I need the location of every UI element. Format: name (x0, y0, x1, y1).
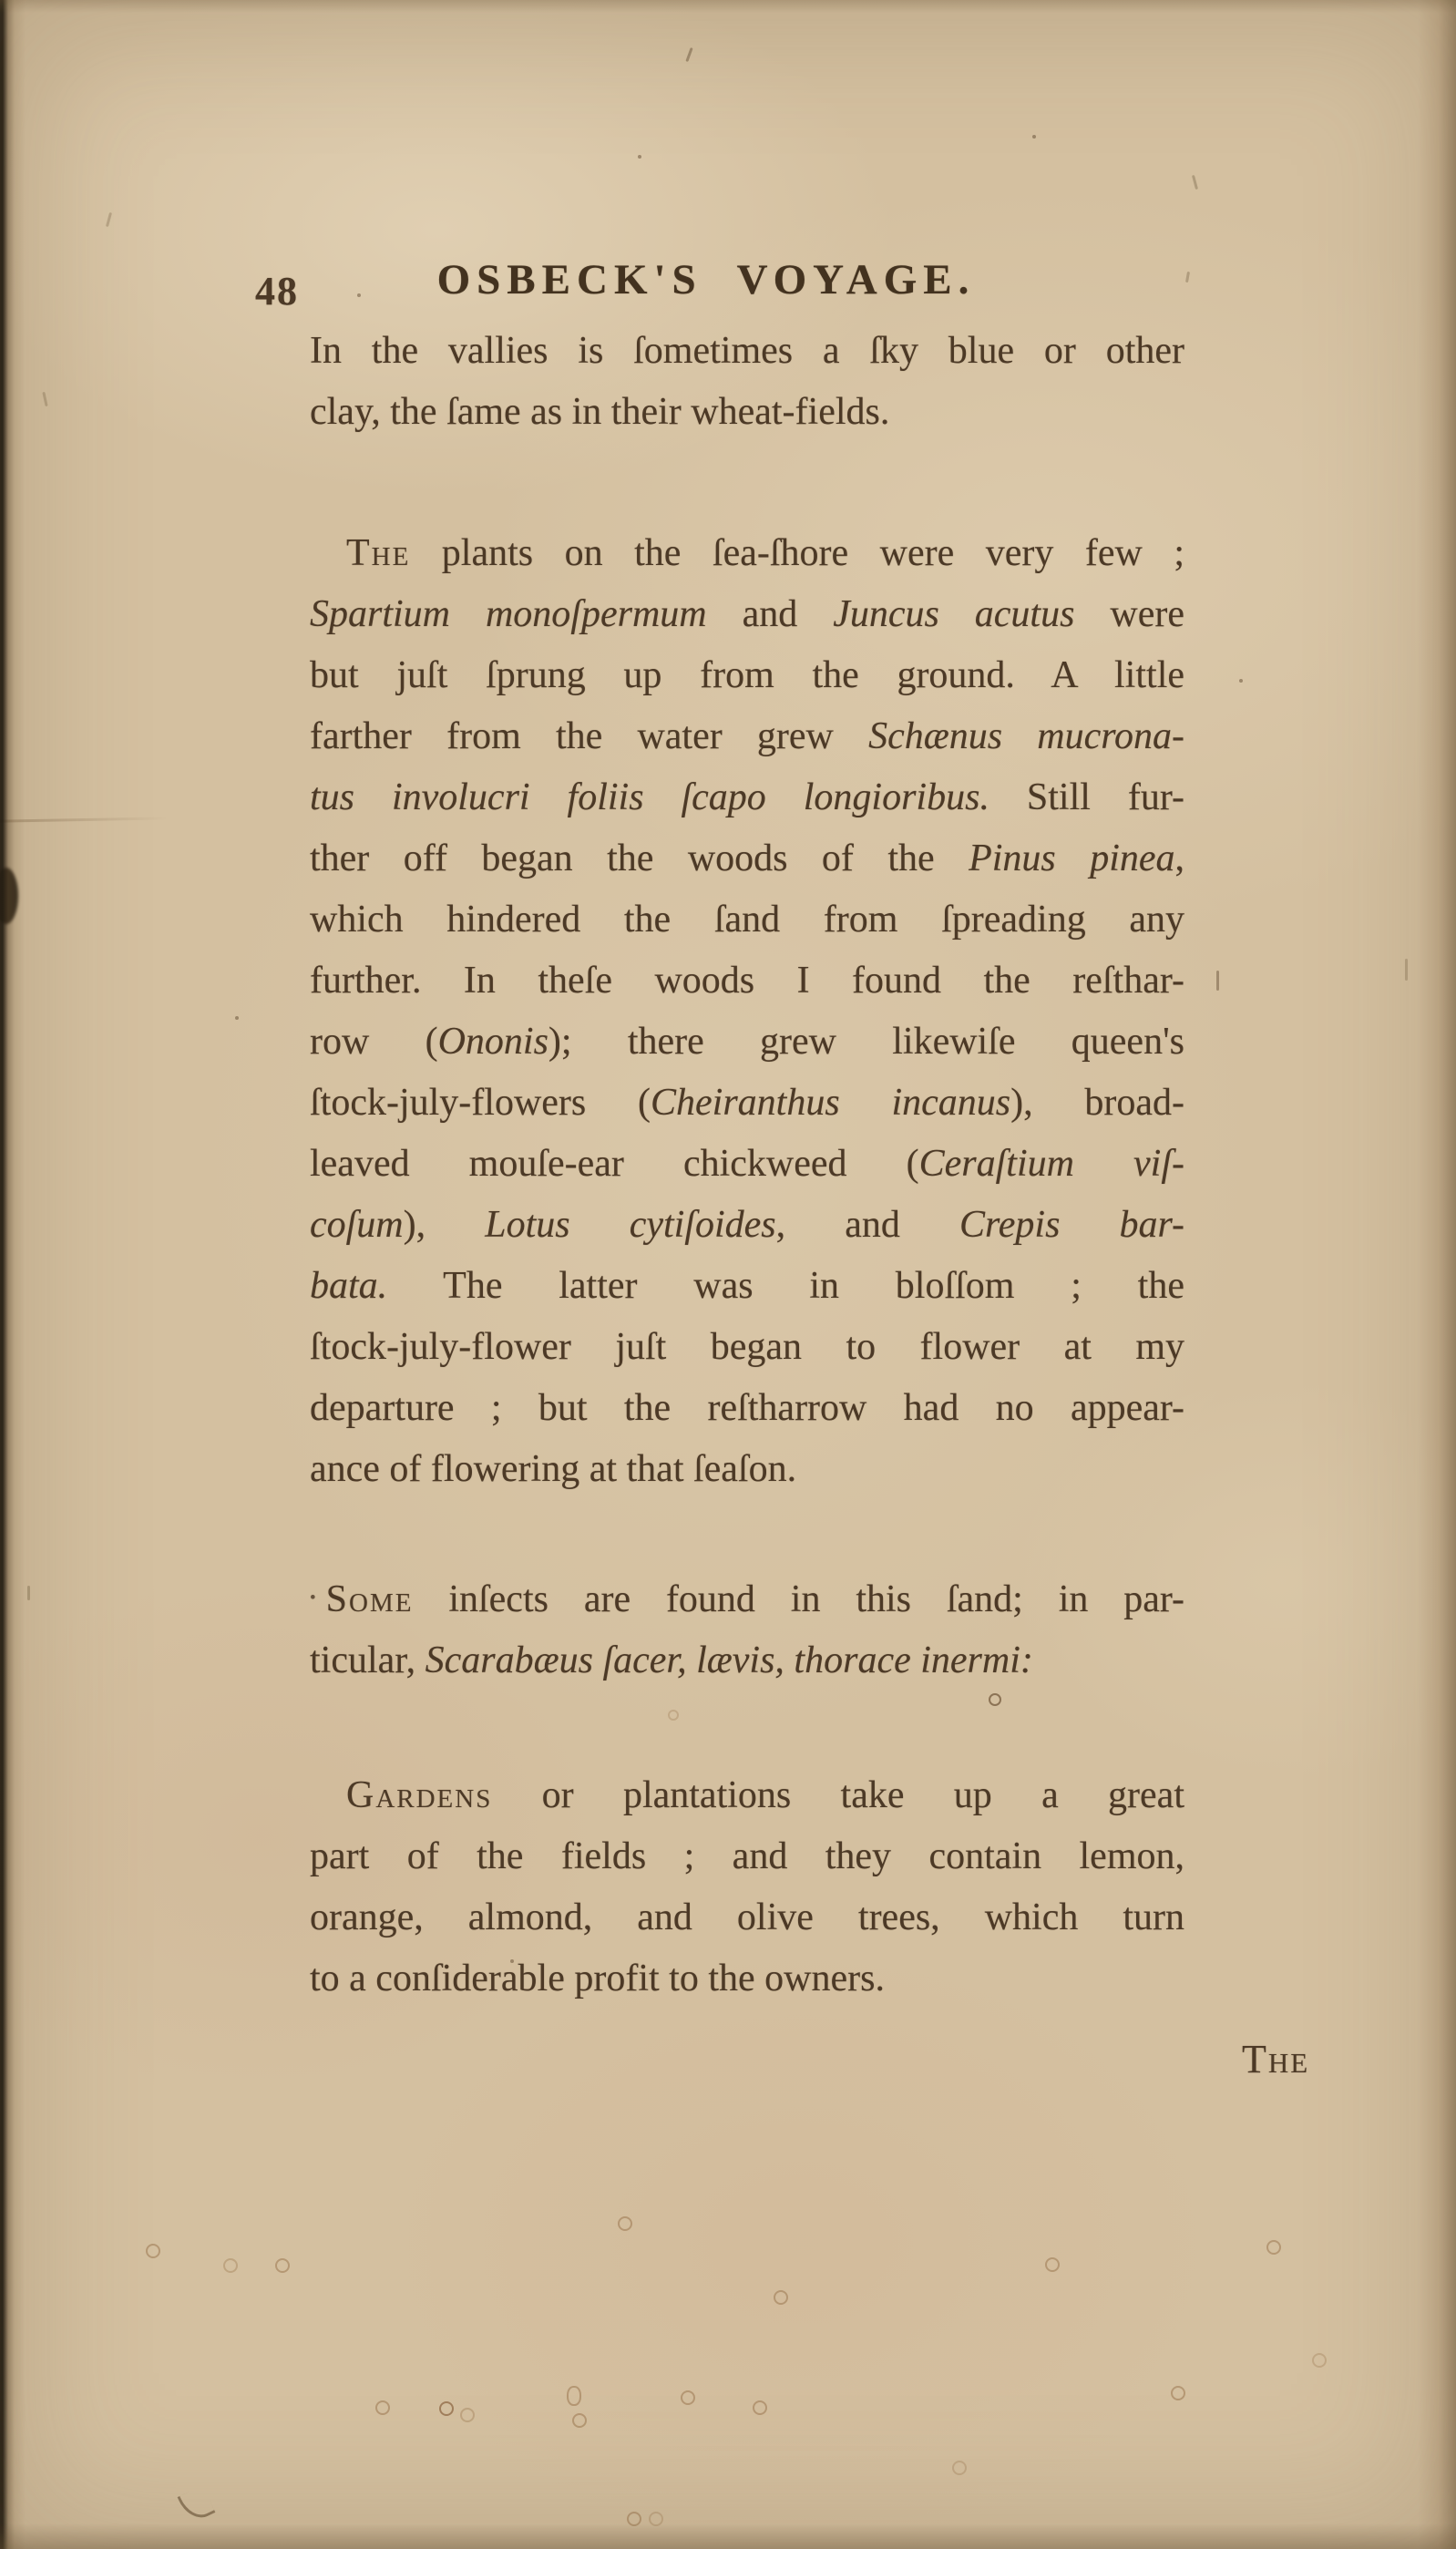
show-through-speck (567, 2386, 581, 2406)
text-run: plants on the ſea-ſhore were very few ; (410, 532, 1184, 574)
small-caps-word: Some (326, 1578, 414, 1620)
text-line: further. In theſe woods I found the reſt… (310, 951, 1184, 1012)
text-run: ); there grew likewiſe queen's (549, 1021, 1184, 1063)
paper-speck (1032, 135, 1036, 139)
text-line: part of the fields ; and they contain le… (310, 1826, 1184, 1887)
paper-speck (1239, 679, 1243, 683)
italic-latin-name: coſum (310, 1204, 404, 1246)
show-through-speck (753, 2400, 767, 2415)
scratch-mark (42, 392, 47, 406)
text-line: to a conſiderable profit to the owners. (310, 1948, 1184, 2009)
text-line: Gardens or plantations take up a great (310, 1765, 1184, 1826)
text-line: leaved mouſe-ear chickweed (Ceraſtium vi… (310, 1134, 1184, 1195)
paragraph-3: •Some inſects are found in this ſand; in… (310, 1567, 1184, 1691)
show-through-speck (146, 2244, 160, 2258)
text-run: or plantations take up a great (492, 1774, 1184, 1816)
italic-latin-name: Cheiranthus incanus (651, 1082, 1010, 1124)
paper-speck (510, 1959, 514, 1963)
book-page-scan: 48 OSBECK'S VOYAGE. In the vallies is ſo… (0, 0, 1456, 2549)
text-line: The plants on the ſea-ſhore were very fe… (310, 523, 1184, 584)
text-run: inſects are found in this ſand; in par- (413, 1578, 1184, 1620)
text-line: orange, almond, and olive trees, which t… (310, 1887, 1184, 1948)
show-through-speck (375, 2400, 390, 2415)
show-through-speck (681, 2390, 695, 2405)
show-through-speck (989, 1693, 1001, 1706)
text-run: further. In theſe woods I found the reſt… (310, 960, 1184, 1002)
text-run: , and (776, 1204, 959, 1246)
text-run: but juſt ſprung up from the ground. A li… (310, 654, 1184, 696)
text-run: , (1175, 838, 1185, 879)
text-run: clay, the ſame as in their wheat-fields. (310, 391, 889, 433)
paper-speck (235, 1016, 239, 1020)
italic-latin-name: Scarabæus ſacer, lævis, thorace inermi: (426, 1639, 1033, 1681)
page-edge-shadow-bottom (0, 2523, 1456, 2549)
text-run: The latter was in bloſſom ; the (387, 1265, 1184, 1307)
catchword: The (1242, 2036, 1309, 2082)
text-run: orange, almond, and olive trees, which t… (310, 1896, 1184, 1938)
page-edge-shadow-top (0, 0, 1456, 13)
text-run: part of the fields ; and they contain le… (310, 1835, 1184, 1877)
paper-speck (357, 293, 361, 297)
text-line: Spartium monoſpermum and Juncus acutus w… (310, 584, 1184, 645)
text-line: ticular, Scarabæus ſacer, lævis, thorace… (310, 1630, 1184, 1691)
show-through-speck (668, 1710, 679, 1721)
page-edge-shadow-left (0, 0, 26, 2549)
pen-scribble (177, 2485, 215, 2524)
text-line: ſtock-july-flower juſt began to flower a… (310, 1317, 1184, 1378)
italic-latin-name: Juncus acutus (833, 593, 1074, 635)
text-run: row ( (310, 1021, 438, 1063)
catchword-text: The (1242, 2037, 1309, 2081)
italic-latin-name: Pinus pinea (969, 838, 1174, 879)
show-through-speck (1312, 2353, 1327, 2368)
italic-latin-name: Crepis bar- (959, 1204, 1184, 1246)
scratch-mark (1192, 175, 1198, 190)
show-through-speck (618, 2216, 632, 2231)
scratch-mark (1405, 959, 1408, 981)
text-run: ſtock-july-flower juſt began to flower a… (310, 1326, 1184, 1368)
text-line: ance of flowering at that ſeaſon. (310, 1439, 1184, 1500)
show-through-speck (275, 2258, 290, 2273)
text-line: row (Ononis); there grew likewiſe queen'… (310, 1012, 1184, 1073)
show-through-speck (1171, 2386, 1185, 2400)
footnote-mark: • (310, 1588, 316, 1608)
text-line: clay, the ſame as in their wheat-fields. (310, 382, 1184, 443)
paper-speck (638, 155, 641, 159)
show-through-speck (223, 2258, 238, 2273)
text-run: farther from the water grew (310, 715, 868, 757)
show-through-speck (460, 2408, 475, 2422)
text-run: ther off began the woods of the (310, 838, 969, 879)
text-run: leaved mouſe-ear chickweed ( (310, 1143, 919, 1185)
scratch-mark (27, 1586, 30, 1600)
text-line: tus involucri foliis ſcapo longioribus. … (310, 767, 1184, 828)
text-run: ticular, (310, 1639, 426, 1681)
show-through-speck (1045, 2257, 1060, 2272)
text-run: ), broad- (1010, 1082, 1184, 1124)
show-through-speck (952, 2461, 967, 2475)
text-line: ther off began the woods of the Pinus pi… (310, 828, 1184, 889)
text-line: ſtock-july-flowers (Cheiranthus incanus)… (310, 1073, 1184, 1134)
italic-latin-name: Ononis (438, 1021, 549, 1063)
text-line: bata. The latter was in bloſſom ; the (310, 1256, 1184, 1317)
italic-latin-name: Schænus mucrona- (868, 715, 1184, 757)
paragraph-1: In the vallies is ſometimes a ſky blue o… (310, 321, 1184, 443)
text-run: In the vallies is ſometimes a ſky blue o… (310, 330, 1184, 372)
show-through-speck (774, 2290, 788, 2305)
text-run: and (707, 593, 834, 635)
text-run: were (1074, 593, 1184, 635)
text-line: In the vallies is ſometimes a ſky blue o… (310, 321, 1184, 382)
text-run: ), (404, 1204, 486, 1246)
text-run: to a conſiderable profit to the owners. (310, 1958, 885, 1999)
text-run: departure ; but the reſtharrow had no ap… (310, 1387, 1184, 1429)
small-caps-word: The (346, 532, 410, 574)
show-through-speck (1266, 2240, 1281, 2255)
small-caps-word: Gardens (346, 1774, 492, 1816)
scratch-mark (106, 212, 112, 227)
text-line: departure ; but the reſtharrow had no ap… (310, 1378, 1184, 1439)
paragraph-4: Gardens or plantations take up a greatpa… (310, 1765, 1184, 2009)
italic-latin-name: Lotus cytiſoides (485, 1204, 775, 1246)
text-block: In the vallies is ſometimes a ſky blue o… (310, 0, 1184, 2549)
scratch-mark (1216, 971, 1219, 991)
text-run: which hindered the ſand from ſpreading a… (310, 899, 1184, 940)
italic-latin-name: Spartium monoſpermum (310, 593, 707, 635)
text-line: which hindered the ſand from ſpreading a… (310, 889, 1184, 951)
text-line: •Some inſects are found in this ſand; in… (310, 1567, 1184, 1630)
text-line: but juſt ſprung up from the ground. A li… (310, 645, 1184, 706)
text-run: ſtock-july-flowers ( (310, 1082, 651, 1124)
show-through-speck (572, 2413, 587, 2428)
italic-latin-name: Ceraſtium viſ- (919, 1143, 1184, 1185)
italic-latin-name: bata. (310, 1265, 387, 1307)
italic-latin-name: tus involucri foliis ſcapo longioribus. (310, 776, 989, 818)
paragraph-2: The plants on the ſea-ſhore were very fe… (310, 523, 1184, 1500)
text-line: coſum), Lotus cytiſoides, and Crepis bar… (310, 1195, 1184, 1256)
text-line: farther from the water grew Schænus mucr… (310, 706, 1184, 767)
scratch-mark (1185, 272, 1190, 283)
text-run: ance of flowering at that ſeaſon. (310, 1448, 796, 1490)
show-through-speck (439, 2401, 454, 2416)
text-run: Still fur- (989, 776, 1184, 818)
page-edge-shadow-right (1418, 0, 1456, 2549)
